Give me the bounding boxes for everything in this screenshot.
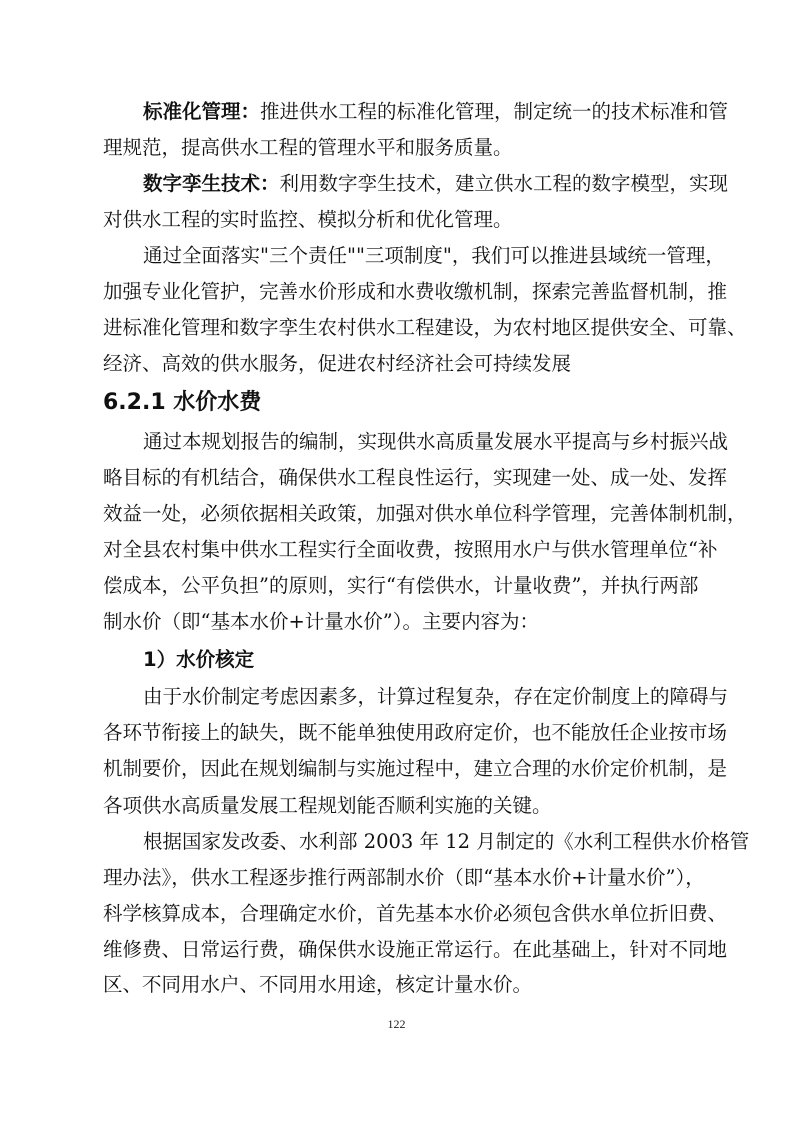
paragraph-line: 对供水工程的实时监控、模拟分析和优化管理。 xyxy=(103,207,513,233)
paragraph-line: 标准化管理：推进供水工程的标准化管理，制定统一的技术标准和管 xyxy=(143,99,691,125)
paragraph-line: 效益一处，必须依据相关政策，加强对供水单位科学管理，完善体制机制， xyxy=(103,501,691,527)
page-number: 122 xyxy=(0,1017,793,1032)
paragraph-line: 数字孪生技术：利用数字孪生技术，建立供水工程的数字模型，实现 xyxy=(143,171,691,197)
section-heading: 6.2.1 水价水费 xyxy=(103,388,261,418)
paragraph-line: 通过本规划报告的编制，实现供水高质量发展水平提高与乡村振兴战 xyxy=(143,429,691,455)
paragraph-line: 通过全面落实"三个责任""三项制度"，我们可以推进县域统一管理， xyxy=(143,243,691,269)
paragraph-line: 进标准化管理和数字孪生农村供水工程建设，为农村地区提供安全、可靠、 xyxy=(103,315,691,341)
lead-term: 数字孪生技术： xyxy=(143,172,280,195)
paragraph-line: 科学核算成本，合理确定水价，首先基本水价必须包含供水单位折旧费、 xyxy=(103,901,691,927)
paragraph-line: 略目标的有机结合，确保供水工程良性运行，实现建一处、成一处、发挥 xyxy=(103,465,691,491)
paragraph-line: 理办法》，供水工程逐步推行两部制水价（即“基本水价+计量水价”）， xyxy=(103,865,691,891)
lead-term: 标准化管理： xyxy=(143,100,260,123)
paragraph-line: 制水价（即“基本水价+计量水价”）。主要内容为： xyxy=(103,609,539,635)
paragraph-line: 对全县农村集中供水工程实行全面收费，按照用水户与供水管理单位“补 xyxy=(103,537,691,563)
paragraph-line: 区、不同用水户、不同用水用途，核定计量水价。 xyxy=(103,972,532,998)
paragraph-line: 机制要价，因此在规划编制与实施过程中，建立合理的水价定价机制，是 xyxy=(103,756,691,782)
subheading: 1）水价核定 xyxy=(143,647,254,673)
paragraph-line: 加强专业化管护，完善水价形成和水费收缴机制，探索完善监督机制，推 xyxy=(103,279,691,305)
paragraph-line: 各项供水高质量发展工程规划能否顺利实施的关键。 xyxy=(103,793,552,819)
paragraph-line: 经济、高效的供水服务，促进农村经济社会可持续发展 xyxy=(103,351,571,377)
paragraph-line: 各环节衔接上的缺失，既不能单独使用政府定价，也不能放任企业按市场 xyxy=(103,720,691,746)
paragraph-line: 维修费、日常运行费，确保供水设施正常运行。在此基础上，针对不同地 xyxy=(103,937,691,963)
paragraph-line: 偿成本，公平负担”的原则，实行“有偿供水，计量收费”，并执行两部 xyxy=(103,573,691,599)
paragraph-line: 由于水价制定考虑因素多，计算过程复杂，存在定价制度上的障碍与 xyxy=(143,684,691,710)
paragraph-line: 根据国家发改委、水利部 2003 年 12 月制定的《水利工程供水价格管 xyxy=(143,829,691,855)
paragraph-line: 理规范，提高供水工程的管理水平和服务质量。 xyxy=(103,135,513,161)
